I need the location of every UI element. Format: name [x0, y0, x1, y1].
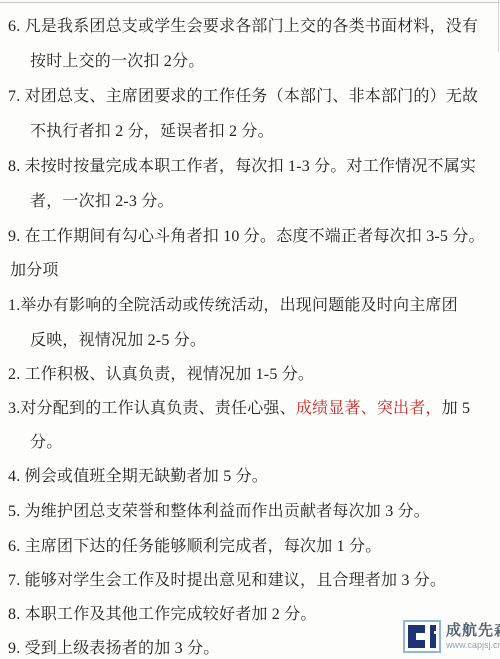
watermark-text-block: 成航先森 www.capjsj.cn	[446, 623, 500, 650]
rule-bonus-6: 6. 主席团下达的任务能够顺利完成者，每次加 1 分。	[8, 538, 381, 555]
rule-deduct-9: 9. 在工作期间有勾心斗角者扣 10 分。态度不端正者每次扣 3-5 分。	[8, 228, 485, 245]
rule-deduct-6-line1: 6. 凡是我系团总支或学生会要求各部门上交的各类书面材料，没有	[8, 18, 478, 35]
rule-bonus-8: 8. 本职工作及其他工作完成较好者加 2 分。	[8, 606, 317, 623]
rule-bonus-4: 4. 例会或值班全期无缺勤者加 5 分。	[8, 468, 268, 485]
rule-deduct-6-line2: 按时上交的一次扣 2分。	[30, 53, 204, 70]
rule-deduct-8-line2: 者，一次扣 2-3 分。	[30, 193, 174, 210]
rule-deduct-8-line1: 8. 未按时按量完成本职工作者，每次扣 1-3 分。对工作情况不属实	[8, 158, 476, 175]
rule-bonus-3-line1: 3.对分配到的工作认真负责、责任心强、成绩显著、突出者，加 5	[8, 400, 470, 417]
rule-bonus-1-line1: 1.举办有影响的全院活动或传统活动，出现问题能及时向主席团	[8, 297, 458, 314]
section-heading-bonus: 加分项	[10, 262, 59, 279]
rule-deduct-7-line1: 7. 对团总支、主席团要求的工作任务（本部门、非本部门的）无故	[8, 88, 478, 105]
rule-bonus-1-line2: 反映，视情况加 2-5 分。	[30, 332, 206, 349]
rule-bonus-3-red-text: 成绩显著、突出者，	[296, 400, 442, 417]
rule-bonus-3-line2: 分。	[30, 434, 62, 451]
right-border-line	[498, 0, 499, 52]
rule-bonus-5: 5. 为维护团总支荣誉和整体利益而作出贡献者每次加 3 分。	[8, 503, 430, 520]
ce-monogram-icon	[403, 620, 441, 653]
document-page: 6. 凡是我系团总支或学生会要求各部门上交的各类书面材料，没有 按时上交的一次扣…	[0, 0, 500, 659]
top-border-line	[0, 2, 500, 3]
rule-deduct-7-line2: 不执行者扣 2 分，延误者扣 2 分。	[30, 123, 274, 140]
logo-bar-notch	[434, 631, 436, 634]
watermark: 成航先森 www.capjsj.cn	[403, 620, 500, 653]
rule-bonus-3-tail: 加 5	[442, 400, 471, 417]
logo-c-notch	[416, 633, 425, 640]
rule-bonus-7: 7. 能够对学生会工作及时提出意见和建议，且合理者加 3 分。	[8, 572, 446, 589]
rule-bonus-3-text: 3.对分配到的工作认真负责、责任心强、	[8, 400, 296, 417]
logo-bar-shape	[430, 625, 436, 648]
watermark-site-url: www.capjsj.cn	[446, 641, 500, 650]
rule-bonus-9: 9. 受到上级表扬者的加 3 分。	[8, 640, 219, 657]
watermark-site-name: 成航先森	[446, 623, 500, 638]
rule-bonus-2: 2. 工作积极、认真负责，视情况加 1-5 分。	[8, 366, 314, 383]
